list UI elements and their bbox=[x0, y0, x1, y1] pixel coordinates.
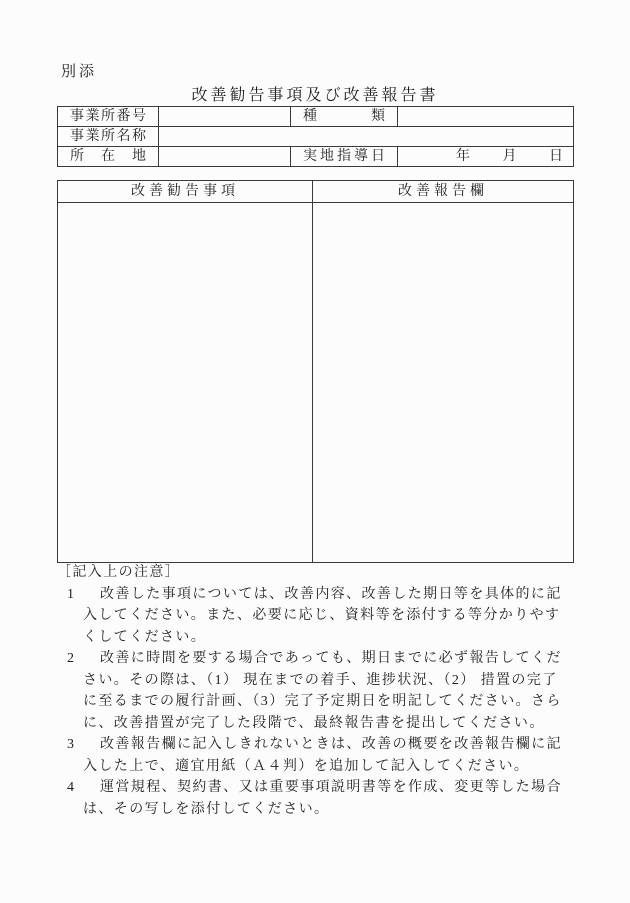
note-line: 1改善した事項については、改善内容、改善した期日等を具体的に記 bbox=[57, 584, 622, 606]
attachment-label: 別添 bbox=[61, 60, 97, 81]
office-info-table: 事業所番号 種 類 事業所名称 所 在 地 実地指導日 年 月 日 bbox=[57, 106, 574, 167]
type-label: 種 類 bbox=[291, 107, 398, 127]
table-header-row: 改善勧告事項 改善報告欄 bbox=[58, 181, 574, 203]
type-field[interactable] bbox=[398, 107, 574, 127]
note-item-4: 4運営規程、契約書、又は重要事項説明書等を作成、変更等した場合 は、その写しを添… bbox=[57, 777, 622, 820]
address-field[interactable] bbox=[159, 147, 291, 167]
note-item-3: 3改善報告欄に記入しきれないときは、改善の概要を改善報告欄に記 入した上で、適宜… bbox=[57, 734, 622, 777]
note-line: に至るまでの履行計画、（3）完了予定期日を明記してください。さら bbox=[57, 691, 622, 713]
note-line: くしてください。 bbox=[57, 627, 622, 649]
note-line: さい。その際は、（1） 現在までの着手、進捗状況、（2） 措置の完了 bbox=[57, 670, 622, 692]
note-line: 入してください。また、必要に応じ、資料等を添付する等分かりやす bbox=[57, 605, 622, 627]
office-number-label: 事業所番号 bbox=[58, 107, 159, 127]
address-label: 所 在 地 bbox=[58, 147, 159, 167]
table-row: 所 在 地 実地指導日 年 月 日 bbox=[58, 147, 574, 167]
table-row: 事業所名称 bbox=[58, 127, 574, 147]
document-page: 別添 改善勧告事項及び改善報告書 事業所番号 種 類 事業所名称 所 在 地 実… bbox=[0, 0, 630, 903]
note-line: 2改善に時間を要する場合であっても、期日までに必ず報告してくだ bbox=[57, 648, 622, 670]
note-text: 運営規程、契約書、又は重要事項説明書等を作成、変更等した場合 bbox=[100, 780, 562, 795]
note-text: 改善に時間を要する場合であっても、期日までに必ず報告してくだ bbox=[100, 651, 562, 666]
report-entry-cell[interactable] bbox=[313, 203, 574, 563]
onsite-guidance-date-label: 実地指導日 bbox=[291, 147, 398, 167]
recommendation-report-table: 改善勧告事項 改善報告欄 bbox=[57, 180, 574, 563]
office-name-field[interactable] bbox=[159, 127, 574, 147]
note-number: 2 bbox=[67, 648, 100, 670]
report-column-header: 改善報告欄 bbox=[313, 181, 574, 203]
note-number: 4 bbox=[67, 777, 100, 799]
note-item-1: 1改善した事項については、改善内容、改善した期日等を具体的に記 入してください。… bbox=[57, 584, 622, 649]
recommendation-column-header: 改善勧告事項 bbox=[58, 181, 313, 203]
office-name-label: 事業所名称 bbox=[58, 127, 159, 147]
table-row: 事業所番号 種 類 bbox=[58, 107, 574, 127]
note-item-2: 2改善に時間を要する場合であっても、期日までに必ず報告してくだ さい。その際は、… bbox=[57, 648, 622, 734]
notes-heading: ［記入上の注意］ bbox=[57, 562, 622, 584]
office-number-field[interactable] bbox=[159, 107, 291, 127]
note-number: 1 bbox=[67, 584, 100, 606]
recommendation-entry-cell[interactable] bbox=[58, 203, 313, 563]
table-body-row bbox=[58, 203, 574, 563]
note-line: は、その写しを添付してください。 bbox=[57, 799, 622, 821]
onsite-guidance-date-field[interactable]: 年 月 日 bbox=[398, 147, 574, 167]
note-line: 入した上で、適宜用紙（Ａ４判）を追加して記入してください。 bbox=[57, 756, 622, 778]
note-number: 3 bbox=[67, 734, 100, 756]
note-line: 3改善報告欄に記入しきれないときは、改善の概要を改善報告欄に記 bbox=[57, 734, 622, 756]
filling-notes-section: ［記入上の注意］ 1改善した事項については、改善内容、改善した期日等を具体的に記… bbox=[57, 562, 622, 820]
note-line: に、改善措置が完了した段階で、最終報告書を提出してください。 bbox=[57, 713, 622, 735]
note-text: 改善報告欄に記入しきれないときは、改善の概要を改善報告欄に記 bbox=[100, 737, 562, 752]
note-line: 4運営規程、契約書、又は重要事項説明書等を作成、変更等した場合 bbox=[57, 777, 622, 799]
page-title: 改善勧告事項及び改善報告書 bbox=[0, 82, 630, 105]
note-text: 改善した事項については、改善内容、改善した期日等を具体的に記 bbox=[100, 587, 562, 602]
